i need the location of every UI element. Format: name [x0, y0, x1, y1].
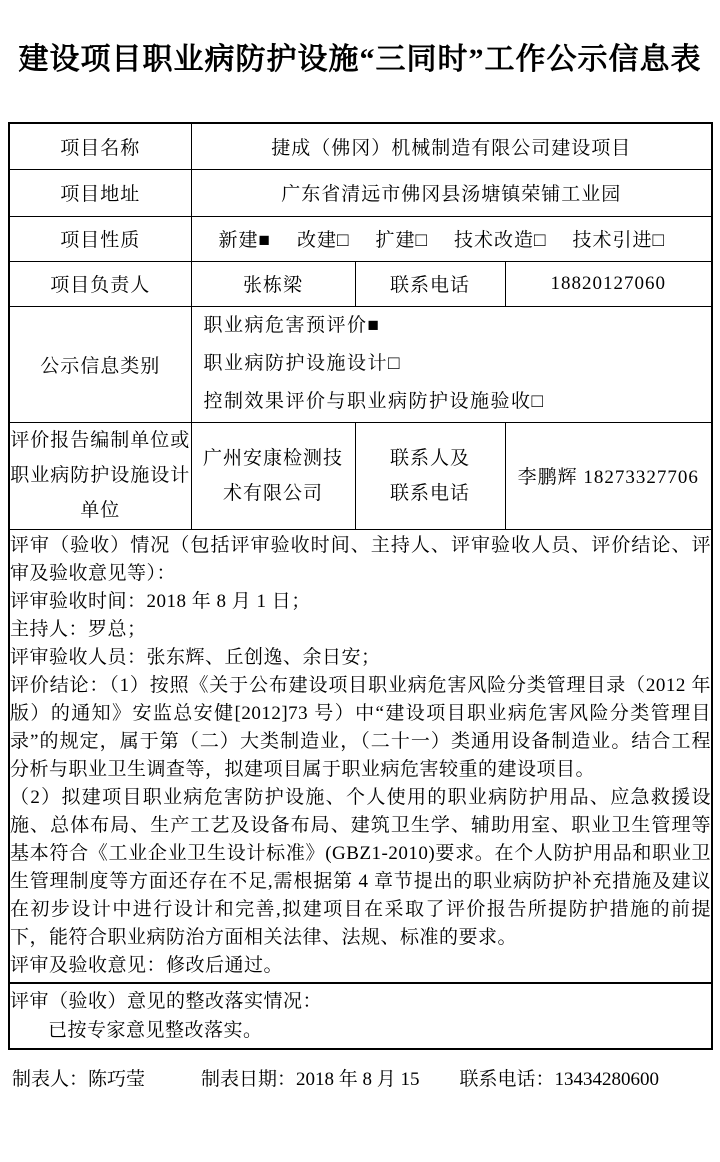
review-time: 评审验收时间：2018 年 8 月 1 日； [10, 588, 711, 616]
nature-option-rebuild: 改建□ [297, 225, 349, 252]
nature-option-tech-upgrade: 技术改造□ [454, 225, 546, 252]
project-leader-label: 项目负责人 [9, 261, 191, 306]
footer-phone: 联系电话：13434280600 [460, 1069, 660, 1090]
review-members: 评审验收人员：张东辉、丘创逸、余日安； [10, 644, 711, 672]
review-status-cell: 评审（验收）情况（包括评审验收时间、主持人、评审验收人员、评价结论、评审及验收意… [9, 529, 712, 983]
rectification-cell: 评审（验收）意见的整改落实情况： 已按专家意见整改落实。 [9, 983, 712, 1049]
project-address-label: 项目地址 [9, 169, 191, 216]
review-conclusion-2: （2）拟建项目职业病危害防护设施、个人使用的职业病防护用品、应急救援设施、总体布… [10, 784, 711, 952]
footer: 制表人：陈巧莹制表日期：2018 年 8 月 15联系电话：1343428060… [12, 1064, 720, 1091]
review-opinion: 评审及验收意见：修改后通过。 [10, 952, 711, 980]
row-info-category: 公示信息类别 职业病危害预评价■ 职业病防护设施设计□ 控制效果评价与职业病防护… [9, 306, 712, 422]
rectification-content: 已按专家意见整改落实。 [10, 1016, 711, 1045]
project-nature-label: 项目性质 [9, 216, 191, 261]
category-option-effect-acceptance: 控制效果评价与职业病防护设施验收□ [204, 383, 712, 421]
report-unit-contact-label: 联系人及 联系电话 [355, 422, 505, 529]
project-address-value: 广东省清远市佛冈县汤塘镇荣铺工业园 [191, 169, 712, 216]
row-project-leader: 项目负责人 张栋梁 联系电话 18820127060 [9, 261, 712, 306]
review-host: 主持人：罗总； [10, 616, 711, 644]
report-unit-name: 广州安康检测技 术有限公司 [191, 422, 355, 529]
info-category-label: 公示信息类别 [9, 306, 191, 422]
nature-option-tech-import: 技术引进□ [572, 225, 664, 252]
row-project-address: 项目地址 广东省清远市佛冈县汤塘镇荣铺工业园 [9, 169, 712, 216]
report-unit-contact-value: 李鹏辉 18273327706 [505, 422, 712, 529]
project-name-value: 捷成（佛冈）机械制造有限公司建设项目 [191, 123, 712, 169]
leader-phone-label: 联系电话 [355, 261, 505, 306]
review-heading: 评审（验收）情况（包括评审验收时间、主持人、评审验收人员、评价结论、评审及验收意… [10, 532, 711, 588]
page-title: 建设项目职业病防护设施“三同时”工作公示信息表 [0, 42, 720, 78]
report-unit-label: 评价报告编制单位或 职业病防护设施设计 单位 [9, 422, 191, 529]
info-table: 项目名称 捷成（佛冈）机械制造有限公司建设项目 项目地址 广东省清远市佛冈县汤塘… [8, 122, 713, 1050]
row-project-name: 项目名称 捷成（佛冈）机械制造有限公司建设项目 [9, 123, 712, 169]
row-rectification: 评审（验收）意见的整改落实情况： 已按专家意见整改落实。 [9, 983, 712, 1049]
category-option-pre-evaluation: 职业病危害预评价■ [204, 307, 712, 345]
document-page: 建设项目职业病防护设施“三同时”工作公示信息表 项目名称 捷成（佛冈）机械制造有… [0, 0, 720, 1162]
review-conclusion-1: 评价结论：（1）按照《关于公布建设项目职业病危害风险分类管理目录（2012 年版… [10, 672, 711, 784]
rectification-title: 评审（验收）意见的整改落实情况： [10, 987, 711, 1016]
row-review-status: 评审（验收）情况（包括评审验收时间、主持人、评审验收人员、评价结论、评审及验收意… [9, 529, 712, 983]
nature-options-row: 新建■ 改建□ 扩建□ 技术改造□ 技术引进□ [192, 225, 712, 252]
row-project-nature: 项目性质 新建■ 改建□ 扩建□ 技术改造□ 技术引进□ [9, 216, 712, 261]
category-option-facility-design: 职业病防护设施设计□ [204, 345, 712, 383]
nature-option-new: 新建■ [219, 225, 271, 252]
project-leader-name: 张栋梁 [191, 261, 355, 306]
footer-date: 制表日期：2018 年 8 月 15 [201, 1069, 420, 1090]
category-options-list: 职业病危害预评价■ 职业病防护设施设计□ 控制效果评价与职业病防护设施验收□ [192, 307, 712, 421]
footer-preparer: 制表人：陈巧莹 [12, 1069, 145, 1090]
project-nature-options: 新建■ 改建□ 扩建□ 技术改造□ 技术引进□ [191, 216, 712, 261]
project-name-label: 项目名称 [9, 123, 191, 169]
row-report-unit: 评价报告编制单位或 职业病防护设施设计 单位 广州安康检测技 术有限公司 联系人… [9, 422, 712, 529]
leader-phone-value: 18820127060 [505, 261, 712, 306]
info-category-options: 职业病危害预评价■ 职业病防护设施设计□ 控制效果评价与职业病防护设施验收□ [191, 306, 712, 422]
nature-option-expand: 扩建□ [375, 225, 427, 252]
